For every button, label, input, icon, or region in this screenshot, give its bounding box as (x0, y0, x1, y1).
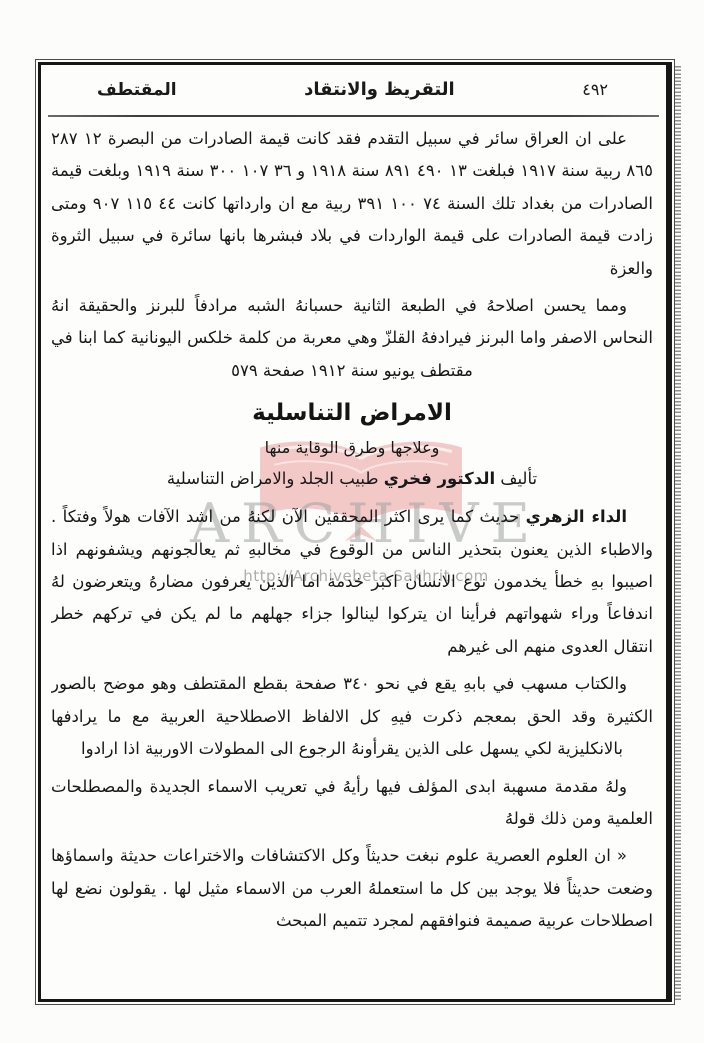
page-header: ٤٩٢ التقريظ والانتقاد المقتطف (97, 79, 608, 100)
byline-prefix: تأليف (495, 469, 537, 488)
running-title: التقريظ والانتقاد (304, 79, 455, 100)
page-number: ٤٩٢ (582, 80, 608, 99)
paragraph-book-description: والكتاب مسهب في بابهِ يقع في نحو ٣٤٠ صفح… (51, 668, 653, 765)
article-body: على ان العراق سائر في سبيل التقدم فقد كا… (51, 123, 653, 995)
book-review-title: الامراض التناسلية (51, 395, 653, 431)
page-border-frame: ARCHIVE http://Archivebeta.Sakhrit.com ٤… (38, 62, 672, 1002)
byline-author: الدكتور فخري (384, 469, 495, 488)
paragraph-correction: ومما يحسن اصلاحهُ في الطبعة الثانية حسبا… (51, 290, 653, 387)
paragraph-quote: « ان العلوم العصرية علوم نبغت حديثاً وكل… (51, 840, 653, 937)
paragraph-exports: على ان العراق سائر في سبيل التقدم فقد كا… (51, 123, 653, 285)
book-review-subtitle: وعلاجها وطرق الوقاية منها (51, 434, 653, 462)
book-review-byline: تأليف الدكتور فخري طبيب الجلد والامراض ا… (51, 464, 653, 494)
paragraph-body: حديث كما يرى اكثر المحققين الآن لكنهُ من… (51, 507, 653, 656)
paragraph-disease: الداء الزهري حديث كما يرى اكثر المحققين … (51, 501, 653, 663)
scanned-page: ARCHIVE http://Archivebeta.Sakhrit.com ٤… (0, 0, 704, 1043)
byline-rest: طبيب الجلد والامراض التناسلية (167, 469, 384, 488)
header-divider (48, 115, 659, 117)
scanner-edge-artifact (675, 64, 681, 1000)
paragraph-introduction: ولهُ مقدمة مسهبة ابدى المؤلف فيها رأيهُ … (51, 771, 653, 836)
paragraph-lead: الداء الزهري (526, 507, 627, 526)
magazine-name: المقتطف (97, 80, 177, 100)
